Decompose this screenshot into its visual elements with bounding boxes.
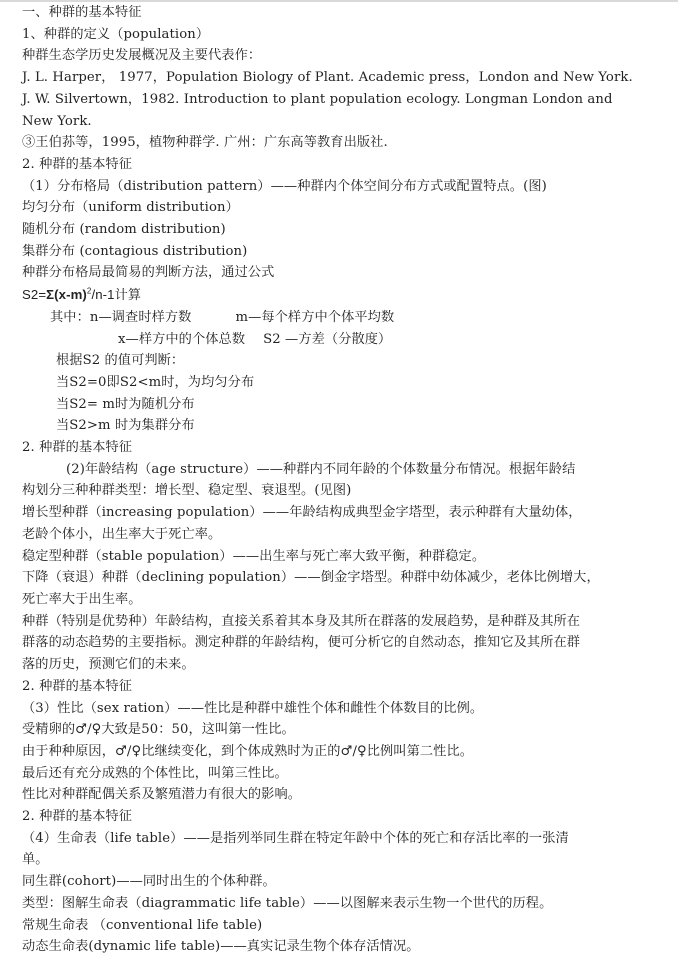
age-structure-types: 构划分三种种群类型：增长型、稳定型、衰退型。(见图): [22, 480, 662, 502]
judgement-contagious: 当S2>m 时为集群分布: [22, 415, 662, 437]
references-intro: 种群生态学历史发展概况及主要代表作：: [22, 45, 662, 67]
judgement-intro: 根据S2 的值可判断：: [22, 350, 662, 372]
formula-legend-row-1: 其中：n—调查时样方数m—每个样方中个体平均数: [22, 307, 662, 329]
age-structure-significance-3: 落的历史，预测它们的未来。: [22, 654, 662, 676]
section-heading-age: 2. 种群的基本特征: [22, 437, 662, 459]
section-heading-distribution: 2. 种群的基本特征: [22, 154, 662, 176]
third-sex-ratio: 最后还有充分成熟的个体性比，叫第三性比。: [22, 763, 662, 785]
increasing-population: 增长型种群（increasing population）——年龄结构成典型金字塔…: [22, 502, 662, 524]
judgement-uniform: 当S2=0即S2<m时，为均匀分布: [22, 372, 662, 394]
reference-silvertown-cont: New York.: [22, 111, 662, 133]
variance-formula: S2=Σ(x-m)2/n-1计算: [22, 284, 662, 307]
declining-population-cont: 死亡率大于出生率。: [22, 589, 662, 611]
increasing-population-cont: 老龄个体小，出生率大于死亡率。: [22, 524, 662, 546]
declining-population: 下降（衰退）种群（declining population）——倒金字塔型。种群…: [22, 567, 662, 589]
second-sex-ratio: 由于种种原因，♂/♀比继续变化，到个体成熟时为正的♂/♀比例叫第二性比。: [22, 741, 662, 763]
formula-legend-row-2: x—样方中的个体总数S2 —方差（分散度）: [22, 329, 662, 351]
reference-harper: J. L. Harper， 1977，Population Biology of…: [22, 67, 662, 89]
age-structure-significance-1: 种群（特别是优势种）年龄结构，直接关系着其本身及其所在群落的发展趋势，是种群及其…: [22, 611, 662, 633]
sex-ratio-definition: （3）性比（sex ration）——性比是种群中雄性个体和雌性个体数目的比例。: [22, 698, 662, 720]
dynamic-life-table: 动态生命表(dynamic life table)——真实记录生物个体存活情况。: [22, 936, 662, 958]
contagious-distribution: 集群分布 (contagious distribution): [22, 241, 662, 263]
reference-silvertown: J. W. Silvertown，1982. Introduction to p…: [22, 89, 662, 111]
chapter-heading: 一、种群的基本特征: [22, 2, 662, 24]
sex-ratio-influence: 性比对种群配偶关系及繁殖潜力有很大的影响。: [22, 784, 662, 806]
stable-population: 稳定型种群（stable population）——出生率与死亡率大致平衡，种群…: [22, 546, 662, 568]
life-table-definition: （4）生命表（life table）——是指列举同生群在特定年龄中个体的死亡和存…: [22, 828, 662, 850]
document-body: 一、种群的基本特征 1、种群的定义（population） 种群生态学历史发展概…: [22, 2, 662, 958]
age-structure-significance-2: 群落的动态趋势的主要指标。测定种群的年龄结构，便可分析它的自然动态，推知它及其所…: [22, 632, 662, 654]
judgement-random: 当S2= m时为随机分布: [22, 394, 662, 416]
definition-heading: 1、种群的定义（population）: [22, 24, 662, 46]
age-structure-definition: (2)年龄结构（age structure）——种群内不同年龄的个体数量分布情况…: [22, 459, 662, 481]
section-heading-life-table: 2. 种群的基本特征: [22, 806, 662, 828]
conventional-life-table: 常规生命表 （conventional life table): [22, 915, 662, 937]
diagrammatic-life-table: 类型：图解生命表（diagrammatic life table）——以图解来表…: [22, 893, 662, 915]
reference-wang: ③王伯荪等，1995，植物种群学. 广州：广东高等教育出版社.: [22, 132, 662, 154]
judgement-method: 种群分布格局最简易的判断方法，通过公式: [22, 262, 662, 284]
distribution-pattern-definition: （1）分布格局（distribution pattern）——种群内个体空间分布…: [22, 176, 662, 198]
life-table-definition-cont: 单。: [22, 849, 662, 871]
random-distribution: 随机分布 (random distribution): [22, 219, 662, 241]
first-sex-ratio: 受精卵的♂/♀大致是50：50，这叫第一性比。: [22, 719, 662, 741]
uniform-distribution: 均匀分布（uniform distribution）: [22, 197, 662, 219]
cohort-definition: 同生群(cohort)——同时出生的个体种群。: [22, 871, 662, 893]
section-heading-sex-ratio: 2. 种群的基本特征: [22, 676, 662, 698]
